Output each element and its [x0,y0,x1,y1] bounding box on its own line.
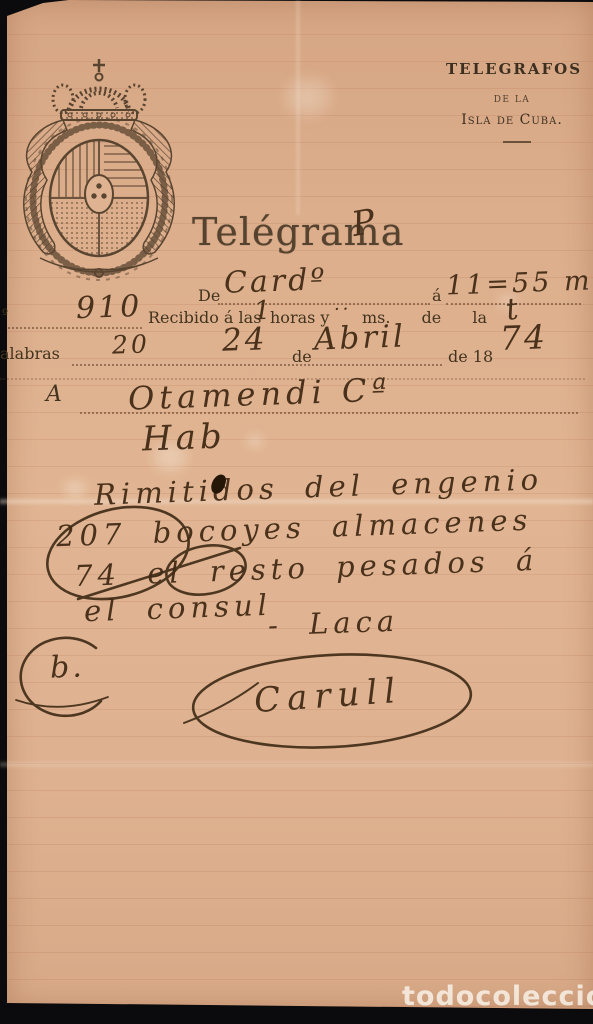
letterhead-telegrafos: TELEGRAFOS [446,60,578,78]
hand-year: 74 [499,317,548,358]
letterhead-rule [503,141,531,143]
letterhead-isla-de-cuba: Isla de Cuba. [446,112,578,128]
hand-month: Abril [313,318,406,357]
hand-number: 910 [75,289,142,326]
dotted-line [8,326,142,329]
hand-addressee-place: Hab [141,417,226,460]
letterhead-de-la: DE LA [446,95,578,105]
watermark-text: todocoleccion [402,981,593,1012]
dotted-line [218,302,430,305]
hand-initial: b. [49,649,85,685]
label-a: á [432,286,442,305]
label-de: De [198,286,220,305]
dotted-line [72,363,442,366]
label-de-18: de 18 [448,347,493,366]
message-line: el consul [83,588,272,629]
label-numero-partial: º [2,307,8,322]
scanned-telegram-photo: TELEGRAFOS DE LA Isla de Cuba. Telégrama… [0,0,593,1024]
hand-day: 24 [221,321,268,359]
hand-origin: Cardº [223,262,328,301]
royal-coat-of-arms [10,56,188,284]
label-de-month: de [292,347,312,366]
hand-word-count: 20 [112,329,151,359]
label-addressee: A [46,382,62,407]
hand-minutes: ·· [334,299,352,321]
message-line: - Laca [267,604,399,643]
label-palabras-partial: alabras [0,344,60,363]
